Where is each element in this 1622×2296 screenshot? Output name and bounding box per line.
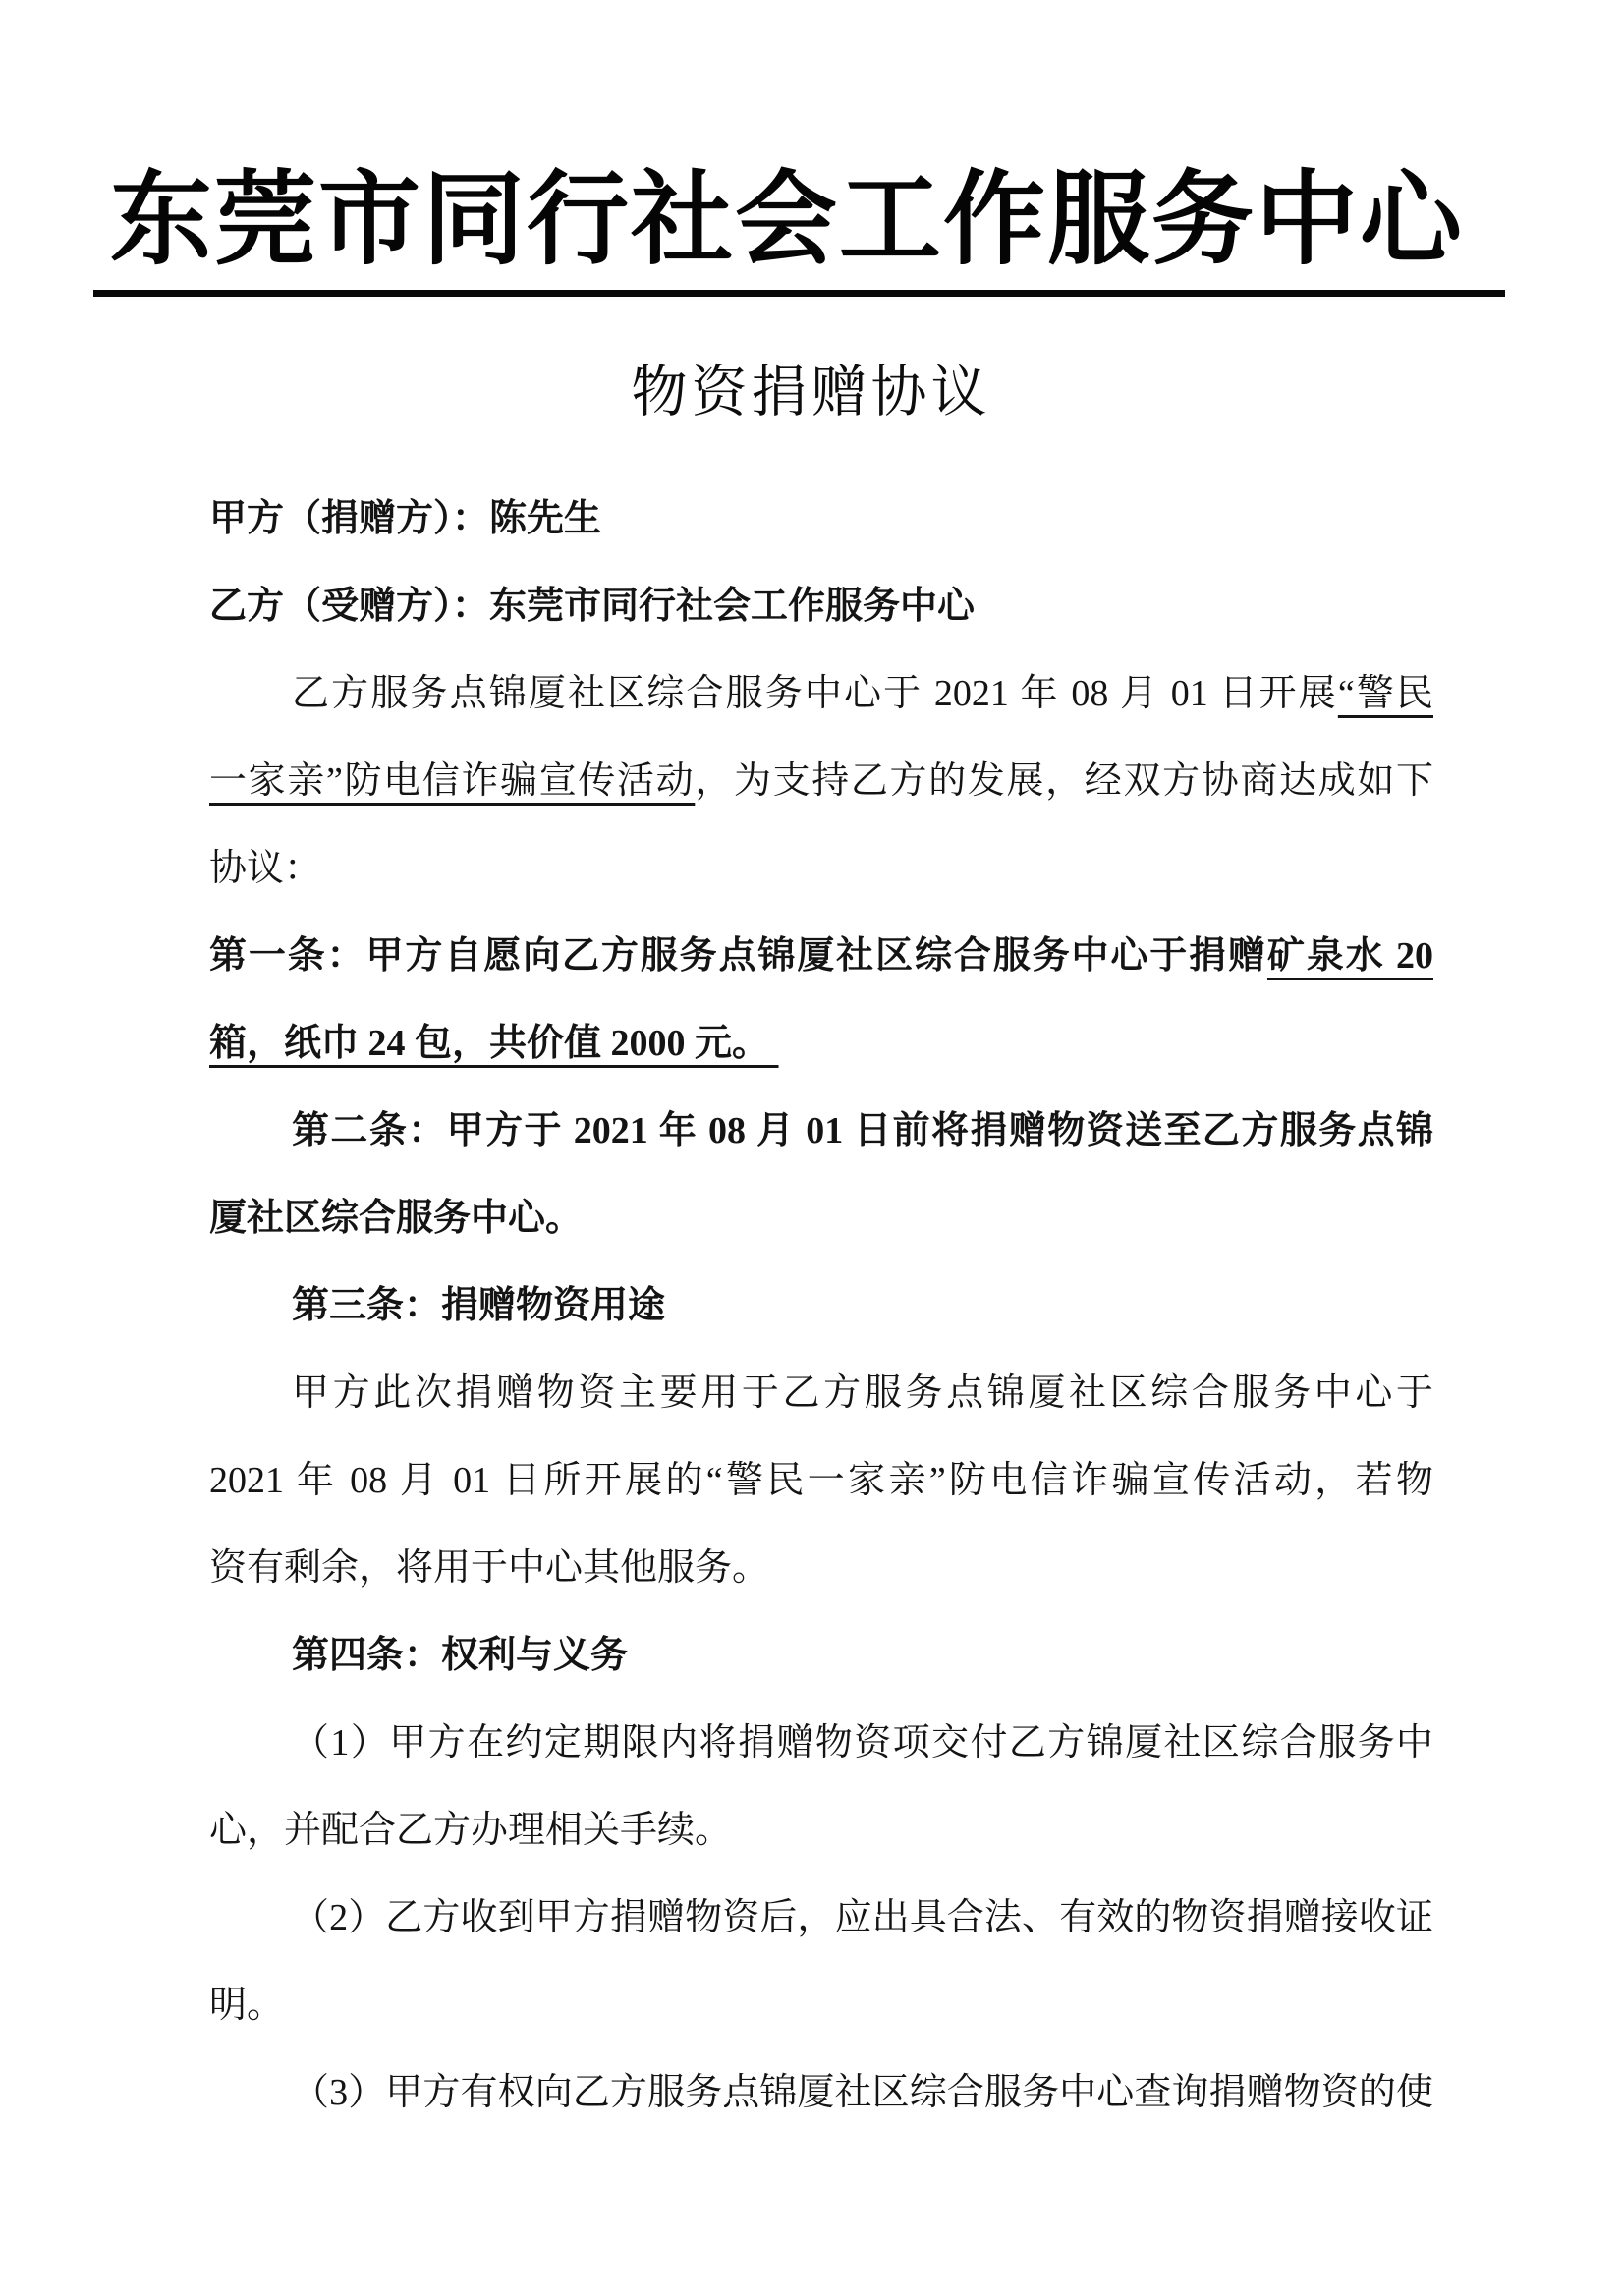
text-line: 心，并配合乙方办理相关手续。 [209,1787,1433,1875]
underlined-text: “警民 [1338,673,1433,714]
underlined-text: 矿泉水 20 [1267,935,1433,977]
document-body: 甲方（捐赠方）：陈先生乙方（受赠方）：东莞市同行社会工作服务中心乙方服务点锦厦社… [209,476,1433,2137]
text-line: 甲方此次捐赠物资主要用于乙方服务点锦厦社区综合服务中心于 [209,1350,1433,1437]
text-segment: （1）甲方在约定期限内将捐赠物资项交付乙方锦厦社区综合服务中 [292,1722,1433,1764]
letterhead-org-name: 东莞市同行社会工作服务中心 [110,142,1505,300]
text-segment: 乙方服务点锦厦社区综合服务中心于 2021 年 08 月 01 日开展 [292,673,1338,714]
text-line: 资有剩余，将用于中心其他服务。 [209,1525,1433,1612]
text-line: 一家亲”防电信诈骗宣传活动，为支持乙方的发展，经双方协商达成如下 [209,738,1433,825]
text-segment: 第一条：甲方自愿向乙方服务点锦厦社区综合服务中心于捐赠 [209,935,1267,977]
underlined-text: 一家亲”防电信诈骗宣传活动 [209,760,695,802]
text-segment: 厦社区综合服务中心。 [209,1198,583,1239]
text-segment: 2021 年 08 月 01 日所开展的“警民一家亲”防电信诈骗宣传活动，若物 [209,1460,1433,1501]
text-segment: ，为支持乙方的发展，经双方协商达成如下 [695,760,1433,802]
text-line: （2）乙方收到甲方捐赠物资后，应出具合法、有效的物资捐赠接收证 [209,1875,1433,1962]
text-segment: 甲方（捐赠方）：陈先生 [209,498,601,539]
text-line: 乙方服务点锦厦社区综合服务中心于 2021 年 08 月 01 日开展“警民 [209,650,1433,738]
text-line: （3）甲方有权向乙方服务点锦厦社区综合服务中心查询捐赠物资的使 [209,2049,1433,2137]
text-line: 第一条：甲方自愿向乙方服务点锦厦社区综合服务中心于捐赠矿泉水 20 [209,913,1433,1000]
text-line: 第三条：捐赠物资用途 [209,1262,1433,1350]
text-segment: 明。 [209,1985,284,2026]
text-segment: 甲方此次捐赠物资主要用于乙方服务点锦厦社区综合服务中心于 [292,1372,1433,1414]
text-line: 协议： [209,825,1433,913]
text-segment: 协议： [209,848,321,889]
text-segment: 第三条：捐赠物资用途 [292,1285,665,1326]
text-segment: 乙方（受赠方）：东莞市同行社会工作服务中心 [209,586,975,627]
text-segment: （3）甲方有权向乙方服务点锦厦社区综合服务中心查询捐赠物资的使 [292,2072,1433,2113]
document-page: 东莞市同行社会工作服务中心 物资捐赠协议 甲方（捐赠方）：陈先生乙方（受赠方）：… [0,0,1622,2296]
underlined-text: 箱，纸巾 24 包，共价值 2000 元。 [209,1023,779,1064]
text-segment: 资有剩余，将用于中心其他服务。 [209,1547,769,1589]
text-line: 甲方（捐赠方）：陈先生 [209,476,1433,563]
letterhead-rule [93,290,1505,297]
text-segment: 第二条：甲方于 2021 年 08 月 01 日前将捐赠物资送至乙方服务点锦 [292,1110,1433,1151]
text-line: （1）甲方在约定期限内将捐赠物资项交付乙方锦厦社区综合服务中 [209,1700,1433,1787]
text-line: 第四条：权利与义务 [209,1612,1433,1700]
text-line: 2021 年 08 月 01 日所开展的“警民一家亲”防电信诈骗宣传活动，若物 [209,1437,1433,1525]
text-segment: 第四条：权利与义务 [292,1635,628,1676]
document-title: 物资捐赠协议 [0,358,1622,428]
text-line: 乙方（受赠方）：东莞市同行社会工作服务中心 [209,563,1433,650]
text-line: 厦社区综合服务中心。 [209,1175,1433,1262]
text-segment: 心，并配合乙方办理相关手续。 [209,1810,732,1851]
text-line: 箱，纸巾 24 包，共价值 2000 元。 [209,1000,1433,1088]
text-segment: （2）乙方收到甲方捐赠物资后，应出具合法、有效的物资捐赠接收证 [292,1897,1433,1938]
text-line: 明。 [209,1962,1433,2049]
text-line: 第二条：甲方于 2021 年 08 月 01 日前将捐赠物资送至乙方服务点锦 [209,1088,1433,1175]
